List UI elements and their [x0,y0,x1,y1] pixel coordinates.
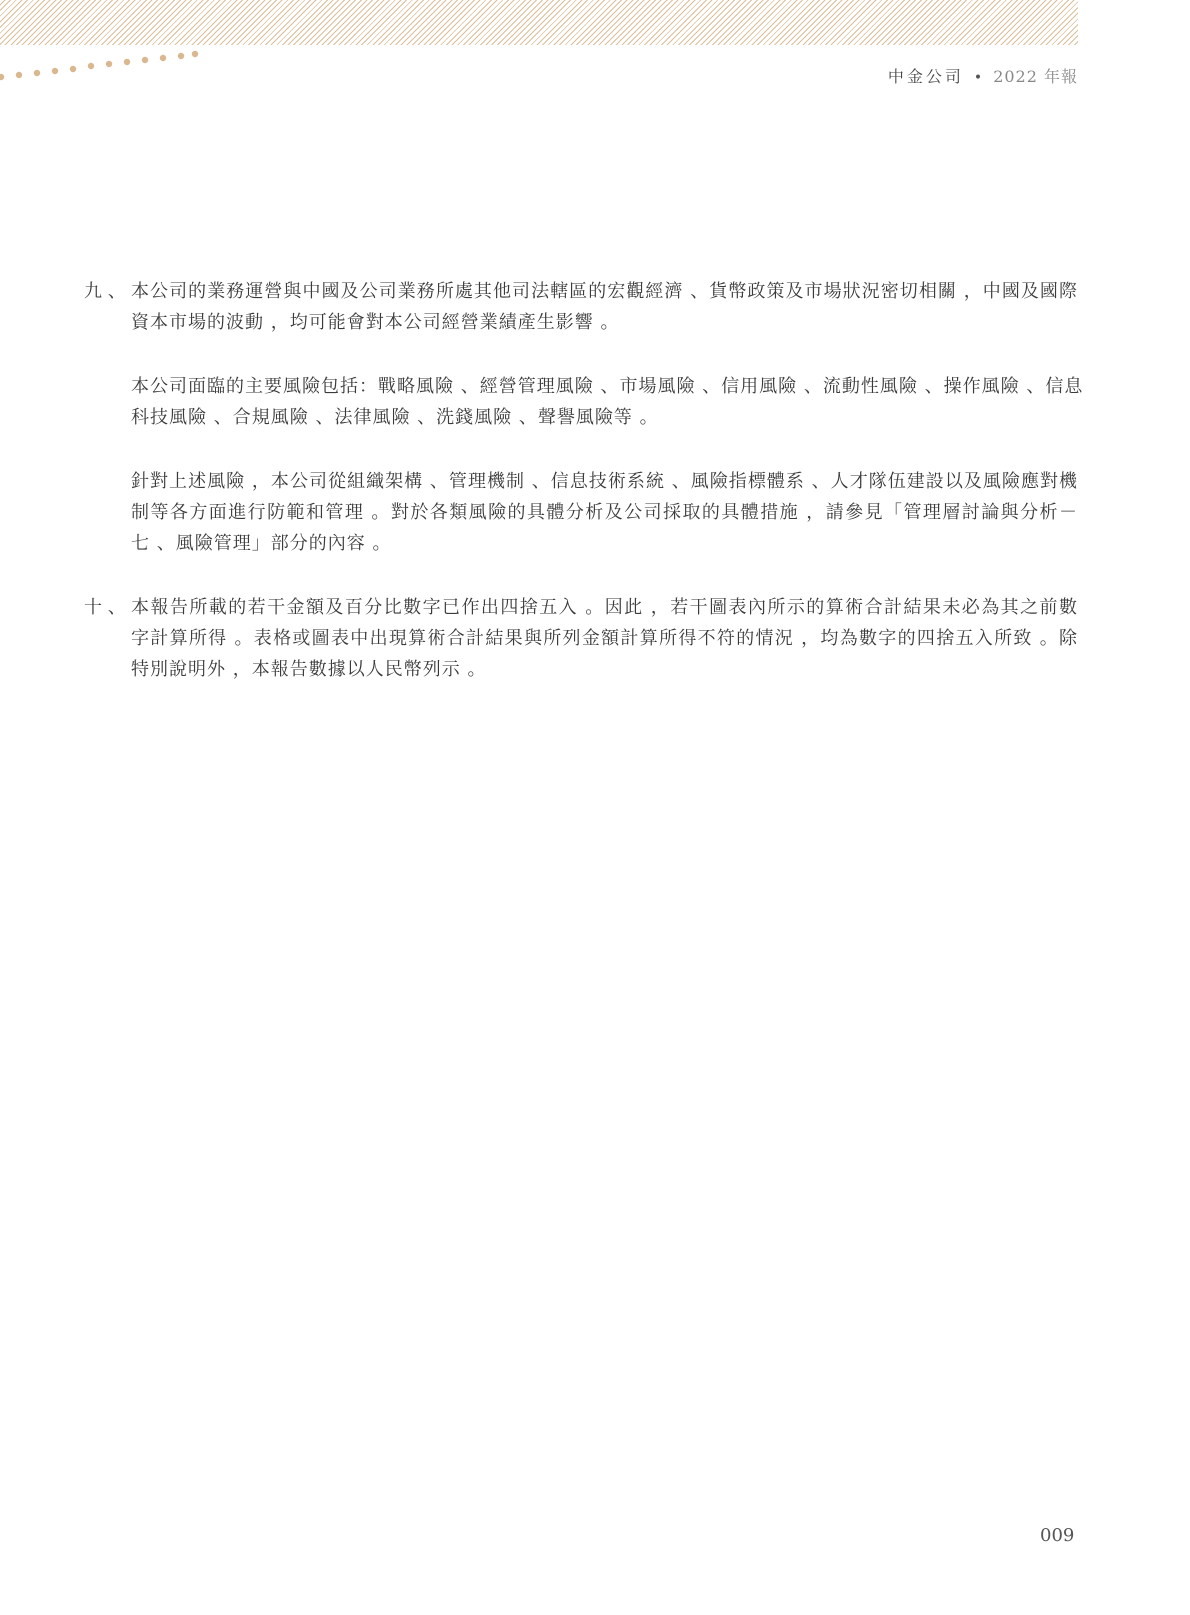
text-line: 科技風險 、合規風險 、法律風險 、洗錢風險 、聲譽風險等 。 [131,402,1078,433]
text-line: 本公司的業務運營與中國及公司業務所處其他司法轄區的宏觀經濟 、貨幣政策及市場狀況… [131,276,1078,307]
header-company: 中金公司 [888,67,964,86]
item-number: 九 、 [84,276,131,307]
header-separator-icon: • [974,70,983,86]
text-line: 資本市場的波動 ，均可能會對本公司經營業績產生影響 。 [131,307,1078,338]
header-year-report: 2022 年報 [993,67,1078,86]
running-header: 中金公司•2022 年報 [888,64,1078,87]
page-number: 009 [1040,1525,1074,1546]
paragraph: 本報告所載的若干金額及百分比數字已作出四捨五入 。因此 ，若干圖表內所示的算術合… [84,592,1078,685]
paragraph: 本公司的業務運營與中國及公司業務所處其他司法轄區的宏觀經濟 、貨幣政策及市場狀況… [84,276,1078,338]
text-line: 針對上述風險 ，本公司從組織架構 、管理機制 、信息技術系統 、風險指標體系 、… [131,466,1078,497]
list-item-ten: 十 、 本報告所載的若干金額及百分比數字已作出四捨五入 。因此 ，若干圖表內所示… [84,592,1078,685]
text-line: 本報告所載的若干金額及百分比數字已作出四捨五入 。因此 ，若干圖表內所示的算術合… [131,592,1078,623]
decorative-dot-trail-icon [0,48,210,84]
text-line: 特別說明外 ，本報告數據以人民幣列示 。 [131,654,1078,685]
item-number: 十 、 [84,592,131,623]
paragraph: 本公司面臨的主要風險包括：戰略風險 、經營管理風險 、市場風險 、信用風險 、流… [84,371,1078,433]
text-line: 制等各方面進行防範和管理 。對於各類風險的具體分析及公司採取的具體措施 ，請參見… [131,497,1078,528]
list-item-nine: 九 、 本公司的業務運營與中國及公司業務所處其他司法轄區的宏觀經濟 、貨幣政策及… [84,276,1078,559]
text-line: 本公司面臨的主要風險包括：戰略風險 、經營管理風險 、市場風險 、信用風險 、流… [131,371,1078,402]
text-line: 七 、風險管理」部分的內容 。 [131,528,1078,559]
document-body: 九 、 本公司的業務運營與中國及公司業務所處其他司法轄區的宏觀經濟 、貨幣政策及… [84,276,1078,685]
decorative-hatch-band [0,0,1078,45]
text-line: 字計算所得 。表格或圖表中出現算術合計結果與所列金額計算所得不符的情況 ，均為數… [131,623,1078,654]
paragraph: 針對上述風險 ，本公司從組織架構 、管理機制 、信息技術系統 、風險指標體系 、… [84,466,1078,559]
